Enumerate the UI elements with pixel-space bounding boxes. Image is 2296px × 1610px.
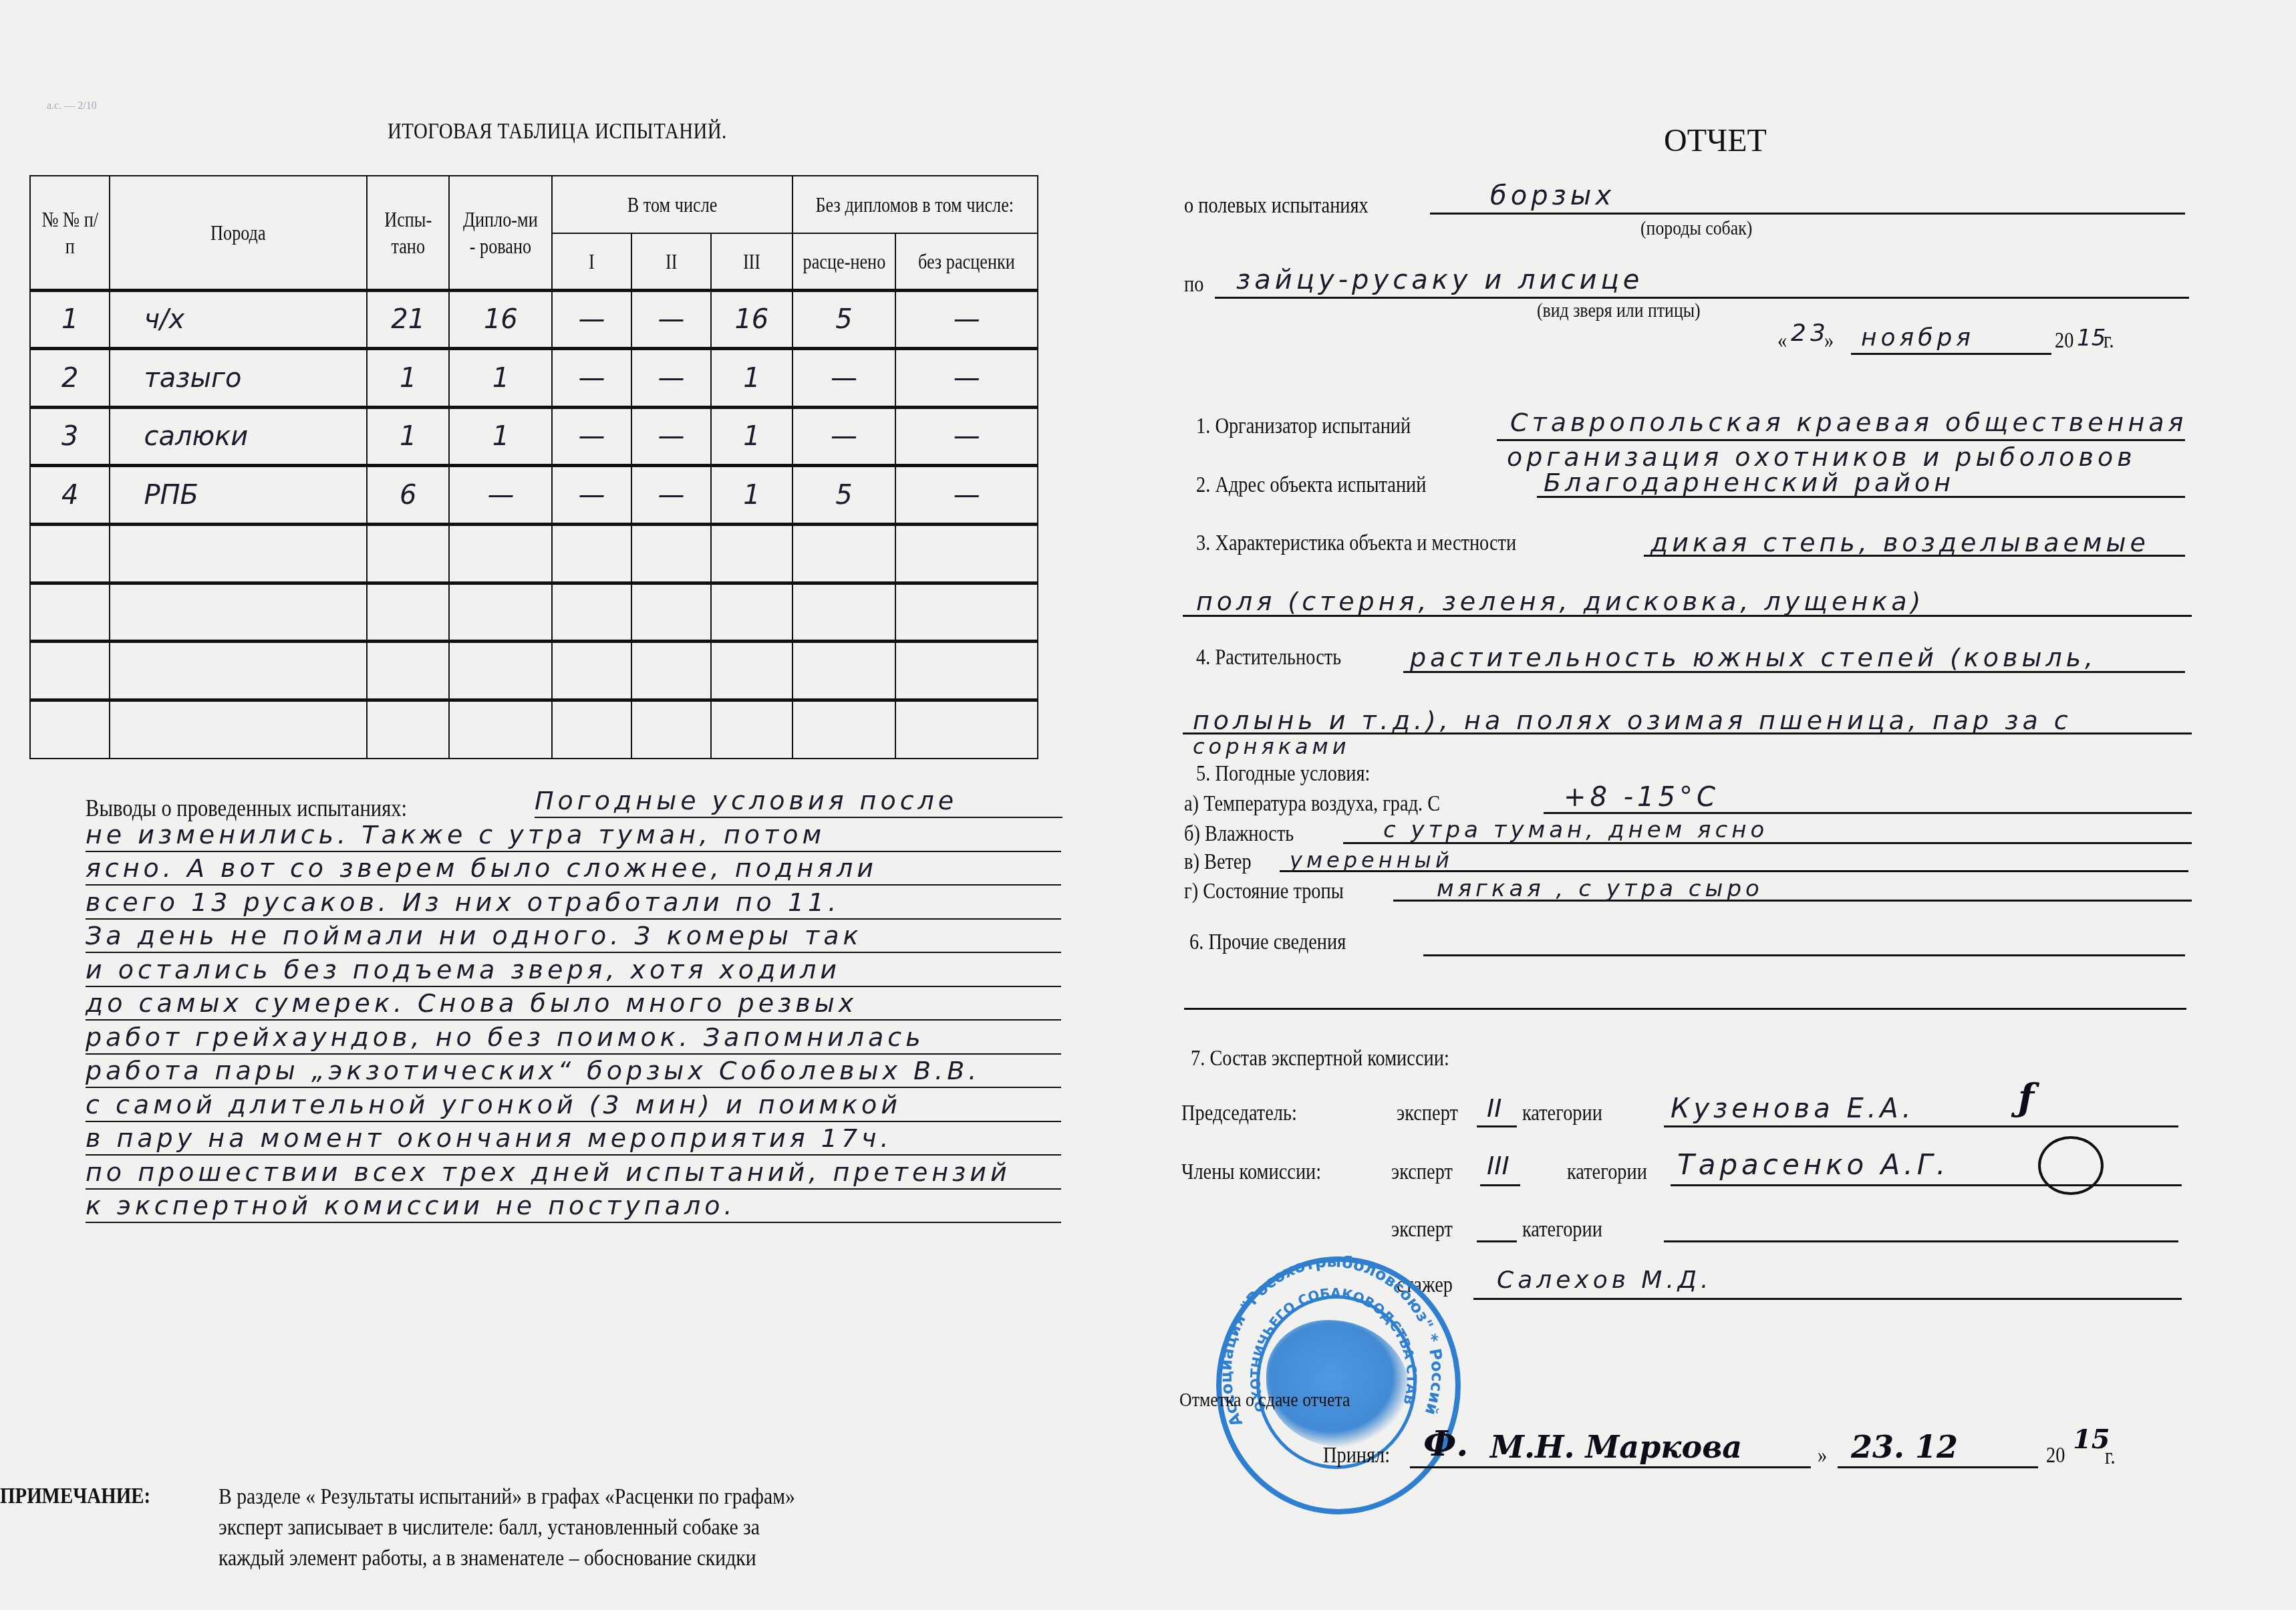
cell-deg2: — <box>631 407 711 466</box>
address-value: Благодарненский район <box>1544 468 1955 497</box>
expert-word: эксперт <box>1391 1160 1453 1185</box>
cell-num: 3 <box>30 407 110 466</box>
cell-num: 4 <box>30 466 110 525</box>
other-info-label: 6. Прочие сведения <box>1189 930 1346 955</box>
cell-deg2 <box>631 525 711 583</box>
cell-scored <box>793 700 896 759</box>
humidity-value: с утра туман, днем ясно <box>1383 817 1768 843</box>
cell-unscored <box>895 700 1038 759</box>
cell-deg2: — <box>631 349 711 408</box>
conclusion-line: до самых сумерек. Снова было много резвы… <box>86 988 857 1018</box>
cell-scored: 5 <box>793 290 896 349</box>
cell-scored: — <box>793 349 896 408</box>
cell-unscored: — <box>895 407 1038 466</box>
conclusion-line: ясно. А вот со зверем было сложнее, подн… <box>86 853 877 883</box>
vegetation-label: 4. Растительность <box>1196 646 1341 670</box>
header-breed: Порода <box>110 176 367 290</box>
expert-word: эксперт <box>1397 1101 1458 1126</box>
member1-signature <box>2038 1136 2104 1195</box>
cell-unscored: — <box>895 466 1038 525</box>
cell-tested <box>367 642 449 700</box>
address-label: 2. Адрес объекта испытаний <box>1196 473 1426 498</box>
cell-num <box>30 700 110 759</box>
cell-num <box>30 583 110 642</box>
cell-diplomas: — <box>449 466 552 525</box>
conclusion-line: и остались без подъема зверя, хотя ходил… <box>86 955 841 984</box>
cell-breed <box>110 642 367 700</box>
table-row: 2тазыго11——1—— <box>30 349 1038 408</box>
summary-table-title: ИТОГОВАЯ ТАБЛИЦА ИСПЫТАНИЙ. <box>388 119 727 144</box>
submission-label: Отметка о сдаче отчета <box>1179 1389 1350 1412</box>
cell-num: 1 <box>30 290 110 349</box>
category-word: категории <box>1522 1218 1602 1242</box>
header-degree-2: II <box>631 233 711 291</box>
table-row: 4РПБ6———15— <box>30 466 1038 525</box>
cell-breed: тазыго <box>110 349 367 408</box>
field-trials-label: о полевых испытаниях <box>1184 194 1369 219</box>
results-table: № № п/п Порода Испы-тано Дипло-ми - рова… <box>29 175 1038 759</box>
game-caption: (вид зверя или птицы) <box>1537 299 1701 322</box>
cell-deg3 <box>711 700 792 759</box>
vegetation-value-2: полынь и т.д.), на полях озимая пшеница,… <box>1193 706 2072 735</box>
cell-num <box>30 642 110 700</box>
conclusion-line: в пару на момент окончания мероприятия 1… <box>86 1123 893 1153</box>
header-diplomas: Дипло-ми - ровано <box>449 176 552 290</box>
cell-deg1 <box>552 583 631 642</box>
chairman-name: Кузенова Е.А. <box>1671 1093 1914 1124</box>
chairman-category: II <box>1487 1093 1501 1123</box>
header-tested: Испы-тано <box>367 176 449 290</box>
header-unscored: без расценки <box>895 233 1038 291</box>
cell-tested: 21 <box>367 290 449 349</box>
cell-tested: 1 <box>367 349 449 408</box>
cell-diplomas: 1 <box>449 349 552 408</box>
submission-date: 23. 12 <box>1851 1429 1958 1465</box>
conclusion-line: всего 13 русаков. Из них отработали по 1… <box>86 888 840 917</box>
cell-tested: 1 <box>367 407 449 466</box>
conclusion-line: работ грейхаундов, но без поимок. Запомн… <box>86 1023 925 1052</box>
cell-tested <box>367 700 449 759</box>
cell-deg1: — <box>552 466 631 525</box>
header-no-diploma: Без дипломов в том числе: <box>793 176 1038 233</box>
submission-year-prefix: 20 <box>2046 1444 2065 1468</box>
cell-deg2 <box>631 700 711 759</box>
cell-deg1 <box>552 700 631 759</box>
conclusion-line: по прошествии всех трех дней испытаний, … <box>86 1158 1011 1187</box>
category-word: категории <box>1567 1160 1647 1185</box>
humidity-label: б) Влажность <box>1184 822 1294 847</box>
game-type: зайцу-русаку и лисице <box>1236 265 1643 295</box>
cell-num <box>30 525 110 583</box>
wind-value: умеренный <box>1290 847 1453 873</box>
vegetation-value-3: сорняками <box>1193 734 1350 759</box>
terrain-value-2: поля (стерня, зеленя, дисковка, лущенка) <box>1196 587 1924 616</box>
cell-unscored: — <box>895 290 1038 349</box>
conclusion-line: работа пары „экзотических“ борзых Соболе… <box>86 1056 980 1085</box>
quote-close: » <box>1818 1444 1827 1468</box>
wind-label: в) Ветер <box>1184 850 1252 875</box>
cell-scored <box>793 642 896 700</box>
conclusions-label: Выводы о проведенных испытаниях: <box>86 794 407 822</box>
table-row: 1ч/х2116——165— <box>30 290 1038 349</box>
header-including: В том числе <box>552 176 792 233</box>
field-trials-breed: борзых <box>1490 180 1615 211</box>
terrain-value: дикая степь, возделываемые <box>1651 528 2150 557</box>
organizer-label: 1. Организатор испытаний <box>1196 414 1411 439</box>
temperature-label: а) Температура воздуха, град. С <box>1184 792 1440 817</box>
cell-deg2 <box>631 583 711 642</box>
accepted-signature: Ф. <box>1423 1424 1468 1464</box>
cell-breed <box>110 700 367 759</box>
cell-diplomas <box>449 583 552 642</box>
trail-label: г) Состояние тропы <box>1184 880 1344 904</box>
note-line: эксперт записывает в числителе: балл, ус… <box>219 1516 760 1540</box>
cell-breed: ч/х <box>110 290 367 349</box>
accepted-label: Принял: <box>1323 1444 1390 1468</box>
conclusion-line: Погодные условия после <box>535 786 958 815</box>
member1-name: Тарасенко А.Г. <box>1677 1148 1949 1181</box>
cell-deg3 <box>711 583 792 642</box>
cell-deg3 <box>711 642 792 700</box>
cell-deg2: — <box>631 290 711 349</box>
cell-tested <box>367 583 449 642</box>
cell-scored <box>793 525 896 583</box>
report-title: ОТЧЕТ <box>1664 122 1767 159</box>
category-word: категории <box>1522 1101 1602 1126</box>
table-row <box>30 700 1038 759</box>
organization-stamp: Ассоциация "Росохотрыболовсоюз" * Россий… <box>1203 1250 1470 1517</box>
chairman-label: Председатель: <box>1181 1101 1297 1126</box>
members-label: Члены комиссии: <box>1181 1160 1321 1185</box>
cell-deg1 <box>552 642 631 700</box>
commission-label: 7. Состав экспертной комиссии: <box>1191 1047 1449 1071</box>
cell-deg1: — <box>552 290 631 349</box>
table-row <box>30 525 1038 583</box>
header-degree-3: III <box>711 233 792 291</box>
cell-num: 2 <box>30 349 110 408</box>
header-num: № № п/п <box>30 176 110 290</box>
note-label: ПРИМЕЧАНИЕ: <box>0 1484 150 1509</box>
cell-breed <box>110 525 367 583</box>
chairman-signature: ƒ <box>2018 1076 2034 1120</box>
cell-deg3 <box>711 525 792 583</box>
cell-diplomas: 16 <box>449 290 552 349</box>
submission-year-suffix: г. <box>2105 1445 2116 1470</box>
conclusion-line: За день не поймали ни одного. 3 комеры т… <box>86 921 863 950</box>
cell-deg3: 1 <box>711 466 792 525</box>
header-degree-1: I <box>552 233 631 291</box>
terrain-label: 3. Характеристика объекта и местности <box>1196 531 1516 556</box>
cell-diplomas <box>449 525 552 583</box>
note-line: В разделе « Результаты испытаний» в граф… <box>219 1485 795 1510</box>
cell-deg1: — <box>552 349 631 408</box>
breed-caption: (породы собак) <box>1640 217 1752 240</box>
archive-note: а.с. — 2/10 <box>47 100 97 112</box>
cell-breed <box>110 583 367 642</box>
cell-unscored: — <box>895 349 1038 408</box>
cell-diplomas <box>449 642 552 700</box>
cell-breed: РПБ <box>110 466 367 525</box>
cell-deg3: 1 <box>711 407 792 466</box>
cell-scored <box>793 583 896 642</box>
cell-unscored <box>895 642 1038 700</box>
cell-diplomas <box>449 700 552 759</box>
cell-diplomas: 1 <box>449 407 552 466</box>
cell-tested: 6 <box>367 466 449 525</box>
cell-deg2: — <box>631 466 711 525</box>
cell-unscored <box>895 525 1038 583</box>
trainee-name: Салехов М.Д. <box>1497 1266 1712 1294</box>
cell-deg1: — <box>552 407 631 466</box>
temperature-value: +8 -15°С <box>1564 782 1719 813</box>
accepted-by-name: М.Н. Маркова <box>1490 1429 1742 1465</box>
cell-scored: 5 <box>793 466 896 525</box>
cell-scored: — <box>793 407 896 466</box>
table-row <box>30 642 1038 700</box>
cell-deg2 <box>631 642 711 700</box>
cell-breed: салюки <box>110 407 367 466</box>
note-line: каждый элемент работы, а в знаменателе –… <box>219 1547 756 1571</box>
cell-deg1 <box>552 525 631 583</box>
cell-deg3: 1 <box>711 349 792 408</box>
vegetation-value: растительность южных степей (ковыль, <box>1410 643 2097 672</box>
by-label: по <box>1184 273 1203 297</box>
table-row <box>30 583 1038 642</box>
header-scored: расце-нено <box>793 233 896 291</box>
expert-word: эксперт <box>1391 1218 1453 1242</box>
conclusion-line: не изменились. Также с утра туман, потом <box>86 820 825 849</box>
organizer-value: Ставропольская краевая общественная <box>1510 408 2187 437</box>
weather-label: 5. Погодные условия: <box>1196 762 1370 787</box>
trail-value: мягкая , с утра сыро <box>1437 876 1763 902</box>
cell-tested <box>367 525 449 583</box>
cell-unscored <box>895 583 1038 642</box>
cell-deg3: 16 <box>711 290 792 349</box>
conclusion-line: к экспертной комиссии не поступало. <box>86 1191 736 1220</box>
table-row: 3салюки11——1—— <box>30 407 1038 466</box>
member1-category: III <box>1487 1151 1510 1180</box>
conclusion-line: с самой длительной угонкой (3 мин) и пои… <box>86 1090 901 1119</box>
